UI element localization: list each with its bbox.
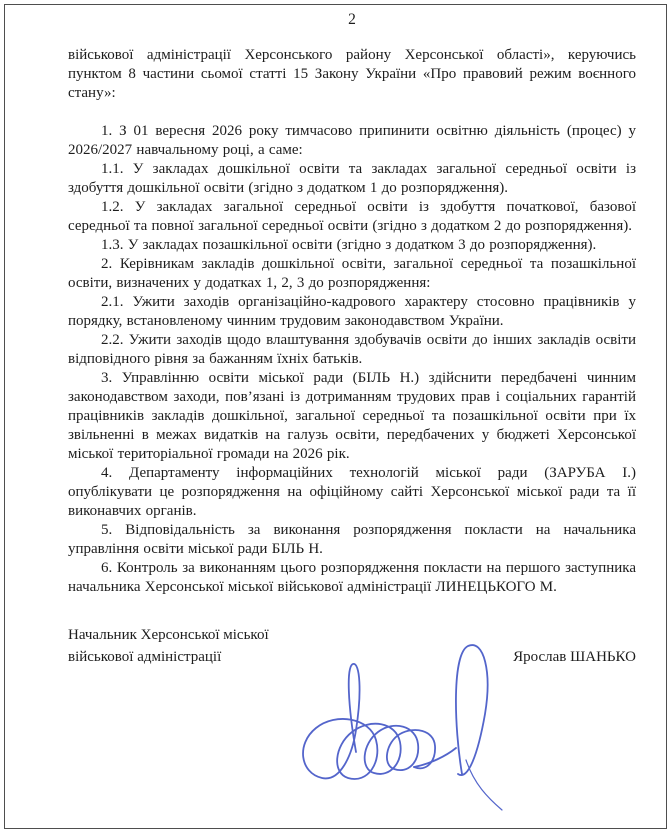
body-paragraph: 3. Управлінню освіти міської ради (БІЛЬ … [68, 369, 636, 464]
signer-name: Ярослав ШАНЬКО [513, 646, 636, 668]
signer-position-line1: Начальник Херсонської міської [68, 624, 269, 646]
page-number: 2 [68, 10, 636, 29]
body-paragraph: 2.1. Ужити заходів організаційно-кадрово… [68, 293, 636, 331]
body-paragraph: 4. Департаменту інформаційних технологій… [68, 464, 636, 521]
body-paragraph: 6. Контроль за виконанням цього розпоряд… [68, 559, 636, 597]
signature-ink-strokes [303, 645, 502, 810]
body-paragraph: 2. Керівникам закладів дошкільної освіти… [68, 255, 636, 293]
signer-position: Начальник Херсонської міської військової… [68, 624, 269, 668]
signer-position-line2: військової адміністрації [68, 646, 269, 668]
body-paragraph: 5. Відповідальність за виконання розпоря… [68, 521, 636, 559]
body-paragraph: військової адміністрації Херсонського ра… [68, 46, 636, 103]
document-page: 2 військової адміністрації Херсонського … [68, 10, 636, 668]
body-paragraph: 1. З 01 вересня 2026 року тимчасово прип… [68, 122, 636, 160]
signature-block: Начальник Херсонської міської військової… [68, 624, 636, 668]
body-paragraph: 1.1. У закладах дошкільної освіти та зак… [68, 160, 636, 198]
body-paragraph: 2.2. Ужити заходів щодо влаштування здоб… [68, 331, 636, 369]
body-paragraph: 1.3. У закладах позашкільної освіти (згі… [68, 236, 636, 255]
body-paragraph: 1.2. У закладах загальної середньої осві… [68, 198, 636, 236]
